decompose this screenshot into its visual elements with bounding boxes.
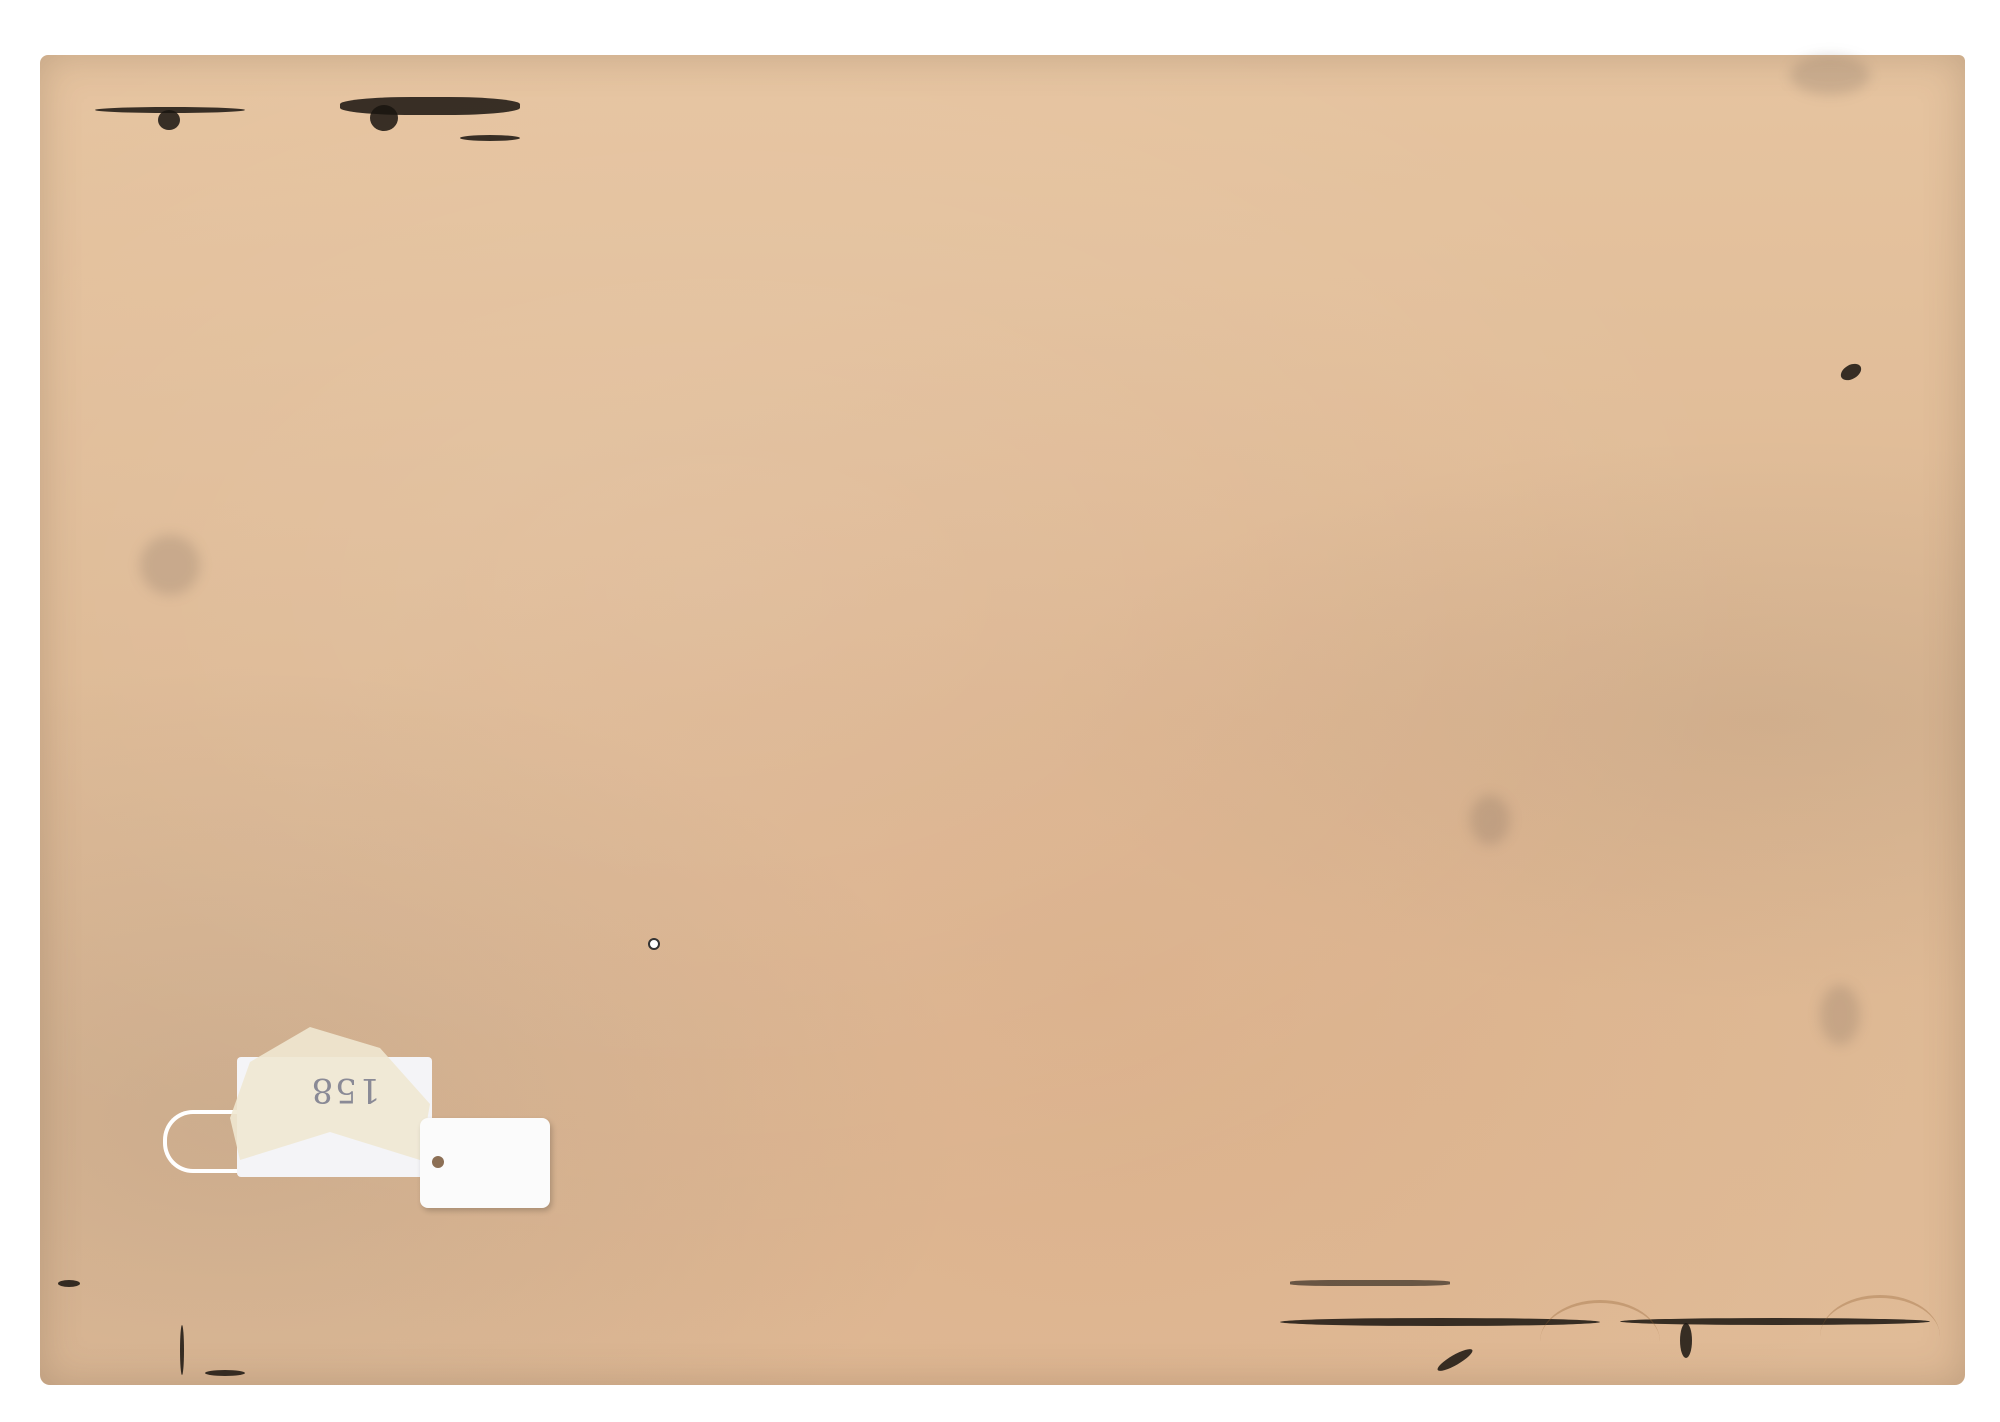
water-stain (1540, 1300, 1660, 1383)
ink-stain (370, 105, 398, 131)
ink-stain (205, 1370, 245, 1376)
smudge (1820, 985, 1860, 1045)
handwritten-number: 158 (300, 1070, 390, 1110)
smudge (140, 535, 200, 595)
blank-price-tag (420, 1118, 550, 1208)
ink-stain (340, 97, 520, 115)
ink-stain (158, 110, 180, 130)
smudge (1470, 795, 1510, 845)
ink-stain (180, 1325, 184, 1375)
tag-hole (432, 1156, 444, 1168)
pin-dot (648, 938, 660, 950)
water-stain (1820, 1295, 1940, 1378)
ink-stain (460, 135, 520, 141)
aged-board (40, 55, 1965, 1385)
ink-stain (1290, 1280, 1450, 1286)
ink-stain (58, 1280, 80, 1287)
smudge (1790, 55, 1870, 95)
ink-stain (1680, 1323, 1692, 1358)
ink-stain (1435, 1346, 1475, 1375)
ink-stain (1838, 360, 1864, 383)
